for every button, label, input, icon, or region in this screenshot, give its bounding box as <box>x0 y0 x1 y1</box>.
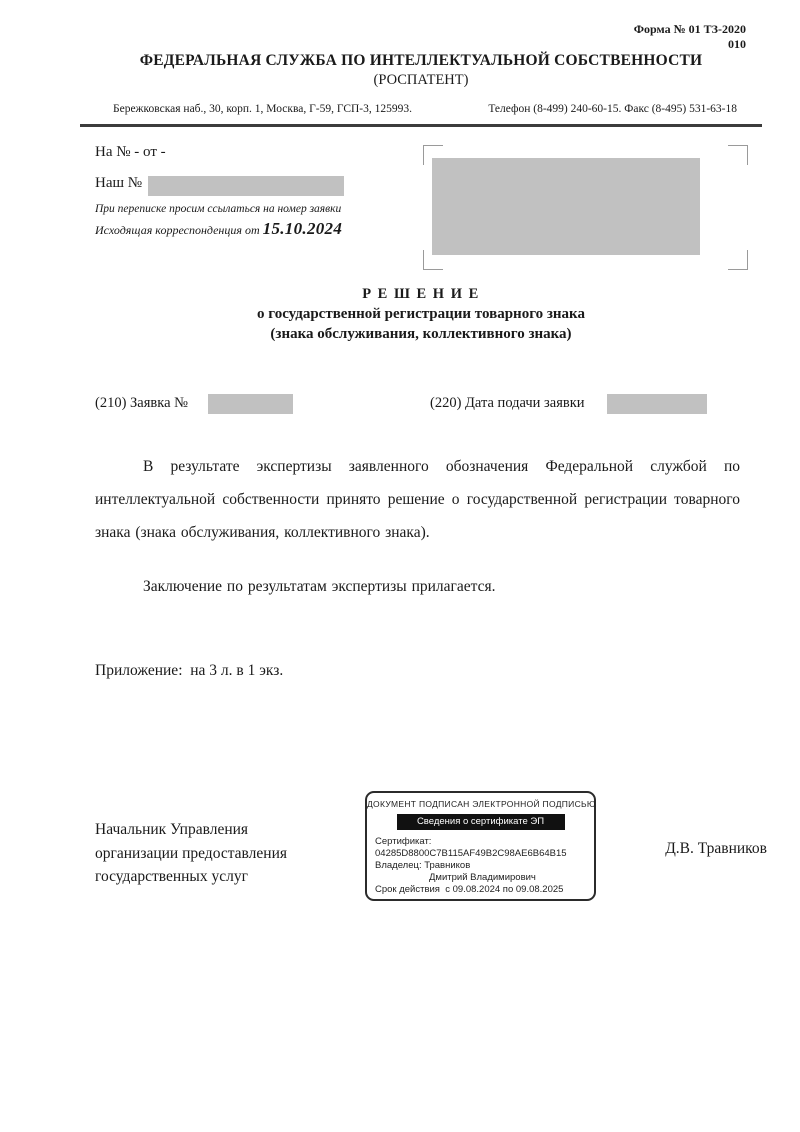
certificate-number: 04285D8800C7B115AF49B2C98AE6B64B15 <box>367 848 594 860</box>
form-number: Форма № 01 ТЗ-2020 010 <box>634 22 746 52</box>
title-line-decision: Р Е Ш Е Н И Е <box>80 284 762 304</box>
certificate-owner: Владелец: Травников <box>367 860 594 872</box>
certificate-label: Сертификат: <box>367 836 594 848</box>
filing-date-label: (220) Дата подачи заявки <box>430 395 585 412</box>
stamp-title: ДОКУМЕНТ ПОДПИСАН ЭЛЕКТРОННОЙ ПОДПИСЬЮ <box>367 799 594 809</box>
filing-date-redaction <box>607 394 707 414</box>
document-page: Форма № 01 ТЗ-2020 010 ФЕДЕРАЛЬНАЯ СЛУЖБ… <box>0 0 800 1132</box>
digital-signature-stamp: ДОКУМЕНТ ПОДПИСАН ЭЛЕКТРОННОЙ ПОДПИСЬЮ С… <box>365 791 596 901</box>
header-contact-row: Бережковская наб., 30, корп. 1, Москва, … <box>113 103 737 115</box>
attachment-line: Приложение: на 3 л. в 1 экз. <box>95 662 283 680</box>
addressee-redaction <box>432 158 700 255</box>
outgoing-correspondence-line: Исходящая корреспонденция от 15.10.2024 <box>95 219 342 239</box>
crop-mark-top-right-icon <box>728 145 748 165</box>
correspondence-note: При переписке просим ссылаться на номер … <box>95 203 341 215</box>
organization-short-name: (РОСПАТЕНТ) <box>80 72 762 89</box>
header-divider <box>80 124 762 127</box>
org-address: Бережковская наб., 30, корп. 1, Москва, … <box>113 103 412 115</box>
outgoing-date: 15.10.2024 <box>263 219 343 238</box>
certificate-info-badge: Сведения о сертификате ЭП <box>397 814 565 830</box>
signer-name: Д.В. Травников <box>665 840 767 858</box>
incoming-ref-line: На № - от - <box>95 144 166 161</box>
our-number-redaction <box>148 176 344 196</box>
signer-position: Начальник Управления организации предост… <box>95 818 287 889</box>
organization-name: ФЕДЕРАЛЬНАЯ СЛУЖБА ПО ИНТЕЛЛЕКТУАЛЬНОЙ С… <box>80 52 762 70</box>
conclusion-paragraph: Заключение по результатам экспертизы при… <box>95 570 740 603</box>
crop-mark-bottom-right-icon <box>728 250 748 270</box>
our-number-label: Наш № <box>95 175 142 192</box>
application-number-redaction <box>208 394 293 414</box>
title-line-subject: о государственной регистрации товарного … <box>80 304 762 324</box>
application-number-label: (210) Заявка № <box>95 395 188 412</box>
title-line-subject2: (знака обслуживания, коллективного знака… <box>80 324 762 344</box>
certificate-owner-name: Дмитрий Владимирович <box>367 872 594 884</box>
address-window <box>423 145 748 270</box>
outgoing-label: Исходящая корреспонденция от <box>95 223 263 237</box>
certificate-validity: Срок действия с 09.08.2024 по 09.08.2025 <box>367 884 594 896</box>
document-title-block: Р Е Ш Е Н И Е о государственной регистра… <box>80 284 762 344</box>
org-contacts: Телефон (8-499) 240-60-15. Факс (8-495) … <box>488 103 737 115</box>
decision-paragraph: В результате экспертизы заявленного обоз… <box>95 450 740 549</box>
